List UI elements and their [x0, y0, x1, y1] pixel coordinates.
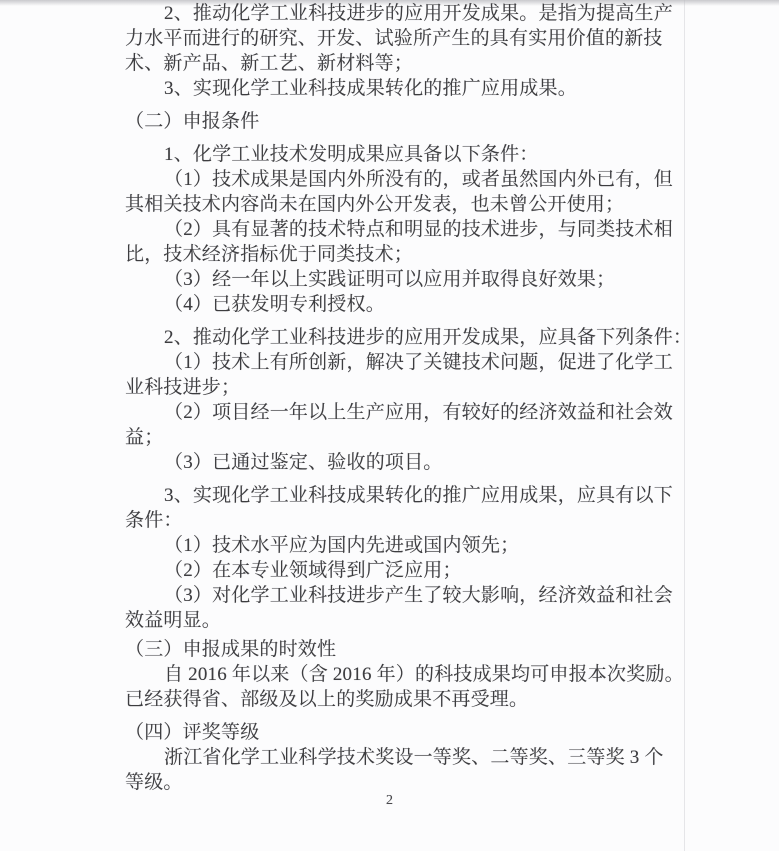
document-lines: 2、推动化学工业科技进步的应用开发成果。是指为提高生产力水平而进行的研究、开发、… — [125, 1, 670, 795]
document-line: （1）技术成果是国内外所没有的，或者虽然国内外已有，但 — [125, 167, 670, 192]
scan-sheet-edge — [684, 0, 685, 851]
document-line: 力水平而进行的研究、开发、试验所产生的具有实用价值的新技 — [125, 26, 670, 51]
scanned-document-page: 2、推动化学工业科技进步的应用开发成果。是指为提高生产力水平而进行的研究、开发、… — [0, 0, 779, 851]
document-line: （1）技术上有所创新，解决了关键技术问题，促进了化学工 — [125, 350, 670, 375]
document-line: （四）评奖等级 — [125, 720, 670, 745]
document-line: （4）已获发明专利授权。 — [125, 292, 670, 317]
page-number: 2 — [0, 792, 779, 810]
document-line: （二）申报条件 — [125, 109, 670, 134]
document-line: （3）已通过鉴定、验收的项目。 — [125, 450, 670, 475]
document-line: 2、推动化学工业科技进步的应用开发成果，应具备下列条件： — [125, 325, 670, 350]
document-line: （3）经一年以上实践证明可以应用并取得良好效果； — [125, 267, 670, 292]
document-line: 效益明显。 — [125, 608, 670, 633]
document-line: （三）申报成果的时效性 — [125, 637, 670, 662]
document-line: （2）在本专业领域得到广泛应用； — [125, 558, 670, 583]
document-line: （2）具有显著的技术特点和明显的技术进步，与同类技术相 — [125, 217, 670, 242]
document-line: 益； — [125, 425, 670, 450]
document-line: 自 2016 年以来（含 2016 年）的科技成果均可申报本次奖励。 — [125, 662, 670, 687]
document-line: 浙江省化学工业科学技术奖设一等奖、二等奖、三等奖 3 个 — [125, 745, 670, 770]
document-line: 术、新产品、新工艺、新材料等； — [125, 51, 670, 76]
document-line: 2、推动化学工业科技进步的应用开发成果。是指为提高生产 — [125, 1, 670, 26]
document-line: （1）技术水平应为国内先进或国内领先； — [125, 533, 670, 558]
document-line: （2）项目经一年以上生产应用，有较好的经济效益和社会效 — [125, 400, 670, 425]
document-line: 比，技术经济指标优于同类技术； — [125, 242, 670, 267]
document-line: 3、实现化学工业科技成果转化的推广应用成果，应具有以下 — [125, 483, 670, 508]
document-line: 其相关技术内容尚未在国内外公开发表，也未曾公开使用； — [125, 192, 670, 217]
document-line: 1、化学工业技术发明成果应具备以下条件： — [125, 142, 670, 167]
document-line: 3、实现化学工业科技成果转化的推广应用成果。 — [125, 76, 670, 101]
document-line: 条件： — [125, 508, 670, 533]
document-line: （3）对化学工业科技进步产生了较大影响，经济效益和社会 — [125, 583, 670, 608]
document-line: 业科技进步； — [125, 375, 670, 400]
document-line: 已经获得省、部级及以上的奖励成果不再受理。 — [125, 687, 670, 712]
